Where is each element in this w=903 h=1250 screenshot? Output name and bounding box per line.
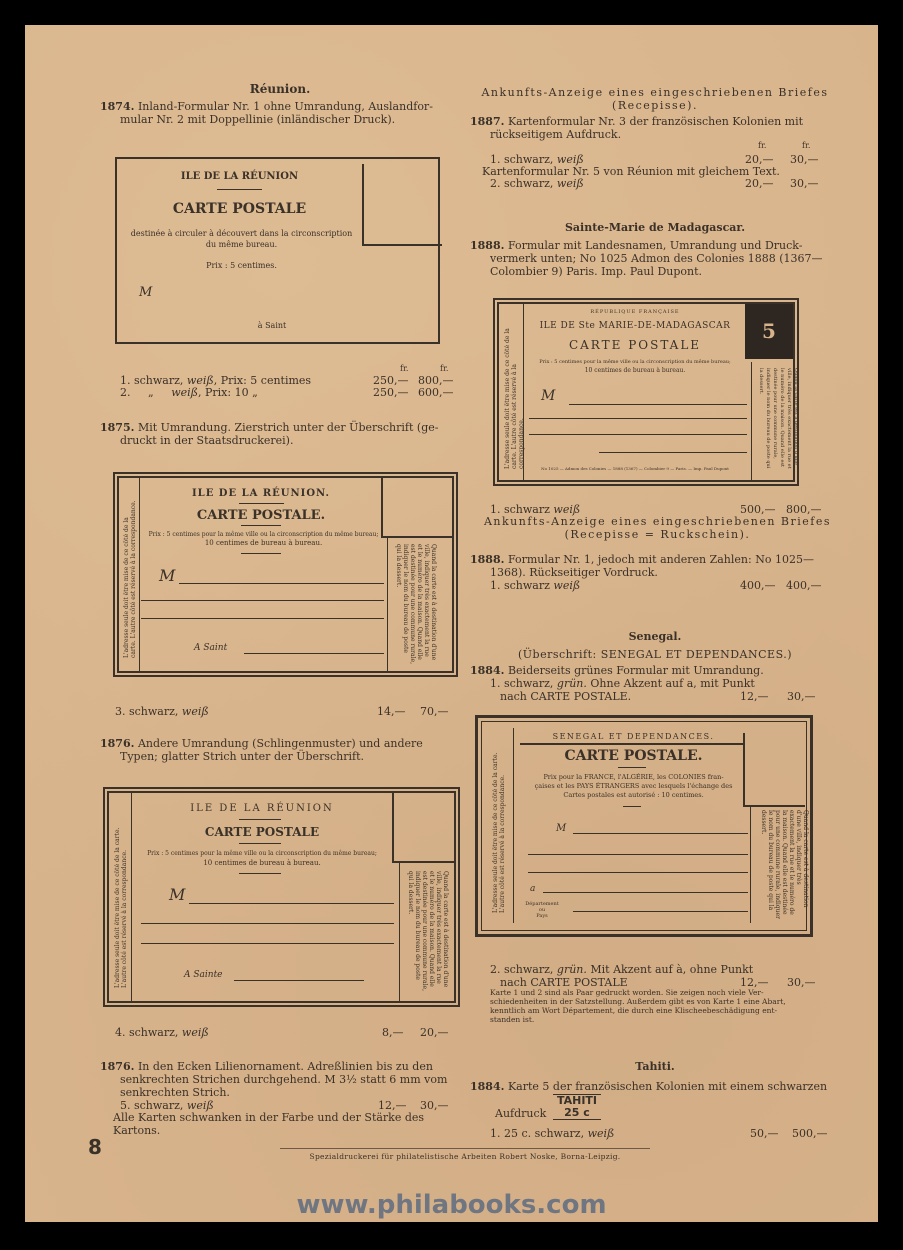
price-unused: 12,— <box>740 690 769 703</box>
address-line <box>141 923 394 924</box>
year: 1884. <box>470 1080 504 1093</box>
stamp-box <box>362 164 442 246</box>
card-title: CARTE POSTALE <box>525 338 745 352</box>
price-used: 30,— <box>790 153 819 166</box>
address-line <box>573 833 748 834</box>
card-side-text-right: Quand la carte est à destination d'une v… <box>407 871 449 991</box>
price-used: 500,— <box>792 1127 828 1140</box>
item-number: 2. <box>120 386 131 399</box>
address-line <box>234 980 364 981</box>
stamp-box <box>392 793 456 863</box>
currency-header: fr. <box>440 364 448 373</box>
item-paper: weiß <box>182 1026 209 1039</box>
item-paper: grün. <box>557 677 587 690</box>
address-line <box>529 418 747 419</box>
divider <box>239 873 281 874</box>
card-side-text-right: Quand la carte est à destination d'une v… <box>757 368 799 473</box>
year: 1876. <box>100 1060 134 1073</box>
footer-rule <box>280 1148 650 1149</box>
postcard-illustration-1874: ILE DE LA RÉUNION CARTE POSTALE destinée… <box>115 157 440 344</box>
divider <box>239 843 281 844</box>
card-text: Prix : 5 centimes pour la même ville ou … <box>133 849 391 858</box>
item-color: schwarz, <box>129 1026 178 1039</box>
entry-text-line: Formular mit Landesnamen, Umrandung und … <box>508 239 803 252</box>
entry-1874-text: 1874. Inland-Formular Nr. 1 ohne Umrandu… <box>100 100 460 126</box>
note-line: Karte 1 und 2 sind als Paar gedruckt wor… <box>490 988 764 997</box>
card-text: Cartes postales est autorisé : 10 centim… <box>516 791 751 800</box>
card-side-text-right: Quand la carte est à destination d'une v… <box>395 544 437 664</box>
price-list-1887: fr. fr. 1. schwarz, weiß 20,— 30,— Karte… <box>470 141 845 193</box>
year: 1875. <box>100 421 134 434</box>
entry-text-line: Inland-Formular Nr. 1 ohne Umrandung, Au… <box>138 100 433 113</box>
address-line <box>528 872 748 873</box>
year: 1876. <box>100 737 134 750</box>
price-used: 400,— <box>786 579 822 592</box>
item-paper: grün. <box>557 963 587 976</box>
entry-text-line: vermerk unten; No 1025 Admon des Colonie… <box>470 252 823 265</box>
printed-stamp-imprint: 5 <box>745 304 793 359</box>
card-address-m: M <box>541 388 555 404</box>
currency-header: fr. <box>400 364 408 373</box>
address-line <box>573 911 748 912</box>
price-unused: 400,— <box>740 579 776 592</box>
section-heading-tahiti: Tahiti. <box>465 1060 845 1073</box>
entry-1884-tahiti: 1884. Karte 5 der französischen Kolonien… <box>470 1080 855 1093</box>
item-number: 2. <box>490 177 501 190</box>
price-used: 70,— <box>420 705 449 718</box>
overprint-tahiti: TAHITI 25 c <box>553 1094 601 1120</box>
card-side-text-left: L'adresse seule doit être mise de ce côt… <box>114 818 128 988</box>
price-used: 30,— <box>790 177 819 190</box>
price-unused: 50,— <box>750 1127 779 1140</box>
heading-line: Ankunfts-Anzeige eines eingeschriebenen … <box>484 515 831 528</box>
card-text: 10 centimes de bureau à bureau. <box>141 539 386 548</box>
currency-header: fr. <box>802 141 810 150</box>
divider <box>618 767 646 768</box>
card-address-m: M <box>169 885 185 904</box>
side-rule <box>513 728 514 923</box>
stamp-value: 5 <box>762 319 776 343</box>
entry-text-line: Andere Umrandung (Schlingenmuster) und a… <box>138 737 423 750</box>
item-number: 2. <box>470 963 501 976</box>
senegal-subheading: (Überschrift: SENEGAL ET DEPENDANCES.) <box>465 648 845 661</box>
note-line: Alle Karten schwanken in der Farbe und d… <box>113 1111 424 1124</box>
entry-text-line: mular Nr. 2 mit Doppellinie (inländische… <box>100 113 395 126</box>
label-line: Pays <box>536 913 548 919</box>
price-list-tahiti: 1. 25 c. schwarz, weiß 50,— 500,— <box>470 1127 850 1141</box>
overprint-line: 25 c <box>564 1106 590 1119</box>
side-rule <box>750 805 751 923</box>
price-row: 4. schwarz, weiß <box>115 1026 209 1039</box>
entry-text-line: Colombier 9) Paris. Imp. Paul Dupont. <box>470 265 702 278</box>
recepisse-heading: Ankunfts-Anzeige eines eingeschriebenen … <box>465 86 845 112</box>
item-color: „ <box>134 386 154 399</box>
card-header: ILE DE Ste MARIE-DE-MADAGASCAR <box>525 322 745 331</box>
card-title: CARTE POSTALE <box>117 201 362 217</box>
card-text: çaises et les PAYS ÉTRANGERS avec lesque… <box>516 782 751 791</box>
senegal-note: Karte 1 und 2 sind als Paar gedruckt wor… <box>490 988 850 1024</box>
postcard-illustration-1876: L'adresse seule doit être mise de ce côt… <box>103 787 460 1007</box>
card-text: Prix : 5 centimes pour la même ville ou … <box>141 530 386 539</box>
heading-line: Ankunfts-Anzeige eines eingeschriebenen … <box>481 86 828 99</box>
entry-text-line: 1368). Rückseitiger Vordruck. <box>470 566 658 579</box>
price-unused: 250,— <box>373 386 409 399</box>
card-address-m: M <box>159 566 175 585</box>
entry-text-line: Beiderseits grünes Formular mit Umrandun… <box>508 664 764 677</box>
side-rule <box>139 478 140 671</box>
item-color: schwarz <box>504 579 550 592</box>
side-rule <box>131 793 132 1001</box>
section-heading-senegal: Senegal. <box>465 630 845 643</box>
price-used: 600,— <box>418 386 454 399</box>
card-bottom-text: à Saint <box>232 321 312 330</box>
side-rule <box>399 861 400 1001</box>
address-line <box>141 600 384 601</box>
card-side-text-left: L'adresse seule doit être mise de ce côt… <box>123 498 137 658</box>
card-imprint: No 1025 — Admon des Colonies — 1888 (136… <box>525 464 745 473</box>
entry-text-line: rückseitigem Aufdruck. <box>470 128 621 141</box>
address-line <box>543 892 748 893</box>
year: 1884. <box>470 664 504 677</box>
entry-1888-text: 1888. Formular mit Landesnamen, Umrandun… <box>470 239 850 278</box>
price-list-1874: fr. fr. 1. schwarz, weiß, Prix: 5 centim… <box>100 364 460 404</box>
divider <box>239 819 281 820</box>
card-header: ILE DE LA RÉUNION <box>117 171 362 182</box>
item-paper: weiß <box>588 1127 615 1140</box>
entry-text-line: druckt in der Staatsdruckerei). <box>100 434 293 447</box>
price-row: 2. schwarz, weiß <box>490 177 584 190</box>
address-line <box>244 653 384 654</box>
heading-line: (Recepisse = Ruckschein). <box>565 528 751 541</box>
item-number: 3. <box>115 705 126 718</box>
card-department-label: Département ou Pays <box>518 901 566 919</box>
card-address-a: a <box>530 884 535 894</box>
entry-text-line: Karte 5 der französischen Kolonien mit e… <box>508 1080 827 1093</box>
postcard-illustration-senegal: L'adresse seule doit être mise de ce côt… <box>475 715 813 937</box>
card-title: CARTE POSTALE. <box>141 508 381 523</box>
page-number: 8 <box>88 1135 102 1159</box>
item-extra: Ohne Akzent auf a, mit Punkt <box>587 677 755 690</box>
section-heading-reunion: Réunion. <box>100 82 460 96</box>
year: 1887. <box>470 115 504 128</box>
card-title: CARTE POSTALE. <box>516 748 751 764</box>
card-text: 10 centimes de bureau à bureau. <box>133 859 391 868</box>
entry-1876b-text: 1876. In den Ecken Lilienornament. Adreß… <box>100 1060 465 1099</box>
price-row: 3. schwarz, weiß <box>115 705 209 718</box>
divider <box>241 553 281 554</box>
price-list-1876a: 4. schwarz, weiß 8,— 20,— <box>100 1026 460 1040</box>
item-extra: Mit Akzent auf à, ohne Punkt <box>587 963 753 976</box>
divider <box>520 743 745 745</box>
heading-line: (Recepisse). <box>612 99 698 112</box>
card-side-text-left: L'adresse seule doit être mise de ce côt… <box>492 738 506 913</box>
note-line: Kartons. <box>113 1124 160 1137</box>
item-paper: weiß <box>553 579 580 592</box>
item-color: schwarz, <box>504 963 553 976</box>
address-line <box>599 452 747 453</box>
divider <box>217 189 262 190</box>
entry-1887-text: 1887. Kartenformular Nr. 3 der französis… <box>470 115 845 141</box>
item-paper: weiß <box>182 705 209 718</box>
entry-text-line: senkrechten Strich. <box>100 1086 230 1099</box>
card-address-m: M <box>139 285 152 300</box>
item-paper: weiß <box>157 386 198 399</box>
price-list-1888b: 1. schwarz weiß 400,— 400,— <box>470 579 845 593</box>
item-number: 1. <box>490 579 501 592</box>
side-rule <box>751 362 752 480</box>
card-text: Prix pour la FRANCE, l'ALGÉRIE, les COLO… <box>516 773 751 782</box>
card-header: ILE DE LA RÉUNION. <box>141 488 381 499</box>
price-list-1875: 3. schwarz, weiß 14,— 70,— <box>100 705 460 719</box>
stamp-box <box>381 478 453 538</box>
address-line <box>528 854 748 855</box>
price-row: 2. „ weiß, Prix: 10 „ <box>120 386 258 399</box>
item-color: schwarz, <box>129 705 178 718</box>
card-bottom-text: A Saint <box>194 643 227 653</box>
footer-imprint: Spezialdruckerei für philatelistische Ar… <box>280 1152 650 1161</box>
card-topline: RÉPUBLIQUE FRANÇAISE <box>525 308 745 317</box>
side-rule <box>387 536 388 671</box>
price-row: 1. schwarz weiß <box>490 579 580 592</box>
entry-text-line: Mit Umrandung. Zierstrich unter der Über… <box>138 421 439 434</box>
address-line <box>179 583 384 584</box>
card-price: Prix : 5 centimes. <box>119 261 364 270</box>
card-side-text-right: Quand la carte est à destination d'une v… <box>760 810 809 920</box>
card-side-text-left: L'adresse seule doit être mise de ce côt… <box>504 319 525 469</box>
entry-1888b-text: 1888. Formular Nr. 1, jedoch mit anderen… <box>470 553 850 579</box>
stamp-box <box>743 733 805 807</box>
price-used: 30,— <box>787 690 816 703</box>
section-heading-sainte-marie: Sainte-Marie de Madagascar. <box>465 221 845 234</box>
divider <box>623 806 641 807</box>
item-paper: weiß <box>557 177 584 190</box>
item-number: 1. <box>490 1127 501 1140</box>
note-line: kenntlich am Wort Département, die durch… <box>490 1006 777 1015</box>
address-line <box>189 903 394 904</box>
price-used: 20,— <box>420 1026 449 1039</box>
address-line <box>141 943 394 944</box>
entry-text-line: Typen; glatter Strich unter der Überschr… <box>100 750 364 763</box>
note-line: schiedenheiten in der Satzstellung. Auße… <box>490 997 786 1006</box>
entry-text-line: senkrechten Strichen durchgehend. M 3½ s… <box>100 1073 447 1086</box>
card-address-m: M <box>556 823 566 834</box>
item-number: 4. <box>115 1026 126 1039</box>
postcard-illustration-sainte-marie: L'adresse seule doit être mise de ce côt… <box>493 298 799 486</box>
item-color: schwarz, <box>504 177 553 190</box>
postcard-illustration-1875: L'adresse seule doit être mise de ce côt… <box>113 472 458 677</box>
item-color: 25 c. schwarz, <box>504 1127 584 1140</box>
address-line <box>529 434 747 435</box>
price-row: 1. 25 c. schwarz, weiß <box>490 1127 614 1140</box>
entry-text-line: In den Ecken Lilienornament. Adreßlinien… <box>138 1060 433 1073</box>
divider <box>241 525 281 526</box>
year: 1874. <box>100 100 134 113</box>
year: 1888. <box>470 553 504 566</box>
catalog-page: Réunion. 1874. Inland-Formular Nr. 1 ohn… <box>25 25 878 1222</box>
address-line <box>569 404 747 405</box>
entry-1875-text: 1875. Mit Umrandung. Zierstrich unter de… <box>100 421 460 447</box>
card-header: ILE DE LA RÉUNION <box>133 803 391 814</box>
divider <box>239 503 284 504</box>
card-title: CARTE POSTALE <box>133 825 391 839</box>
item-color: schwarz, <box>504 677 553 690</box>
card-text: destinée à circuler à découvert dans la … <box>119 229 364 238</box>
aufdruck-label: Aufdruck <box>495 1107 546 1120</box>
currency-header: fr. <box>758 141 766 150</box>
card-header: SENEGAL ET DEPENDANCES. <box>516 732 751 741</box>
address-line <box>141 618 384 619</box>
recepisse-heading-2: Ankunfts-Anzeige eines eingeschriebenen … <box>465 515 850 541</box>
entry-text-line: Formular Nr. 1, jedoch mit anderen Zahle… <box>508 553 814 566</box>
year: 1888. <box>470 239 504 252</box>
item-number: 1. <box>470 677 501 690</box>
price-unused: 8,— <box>382 1026 404 1039</box>
entry-text-line: Kartenformular Nr. 3 der französischen K… <box>508 115 803 128</box>
price-unused: 14,— <box>377 705 406 718</box>
watermark-url: www.philabooks.com <box>0 1190 903 1220</box>
item-extra: , Prix: 10 „ <box>198 386 258 399</box>
card-bottom-text: A Sainte <box>184 970 223 980</box>
card-text: du même bureau. <box>119 240 364 249</box>
note-line: standen ist. <box>490 1015 534 1024</box>
price-unused: 20,— <box>745 177 774 190</box>
item-extra: nach CARTE POSTALE. <box>470 690 631 703</box>
card-text: 10 centimes de bureau à bureau. <box>525 366 745 375</box>
entry-1876a-text: 1876. Andere Umrandung (Schlingenmuster)… <box>100 737 460 763</box>
general-note: Alle Karten schwanken in der Farbe und d… <box>113 1111 468 1137</box>
